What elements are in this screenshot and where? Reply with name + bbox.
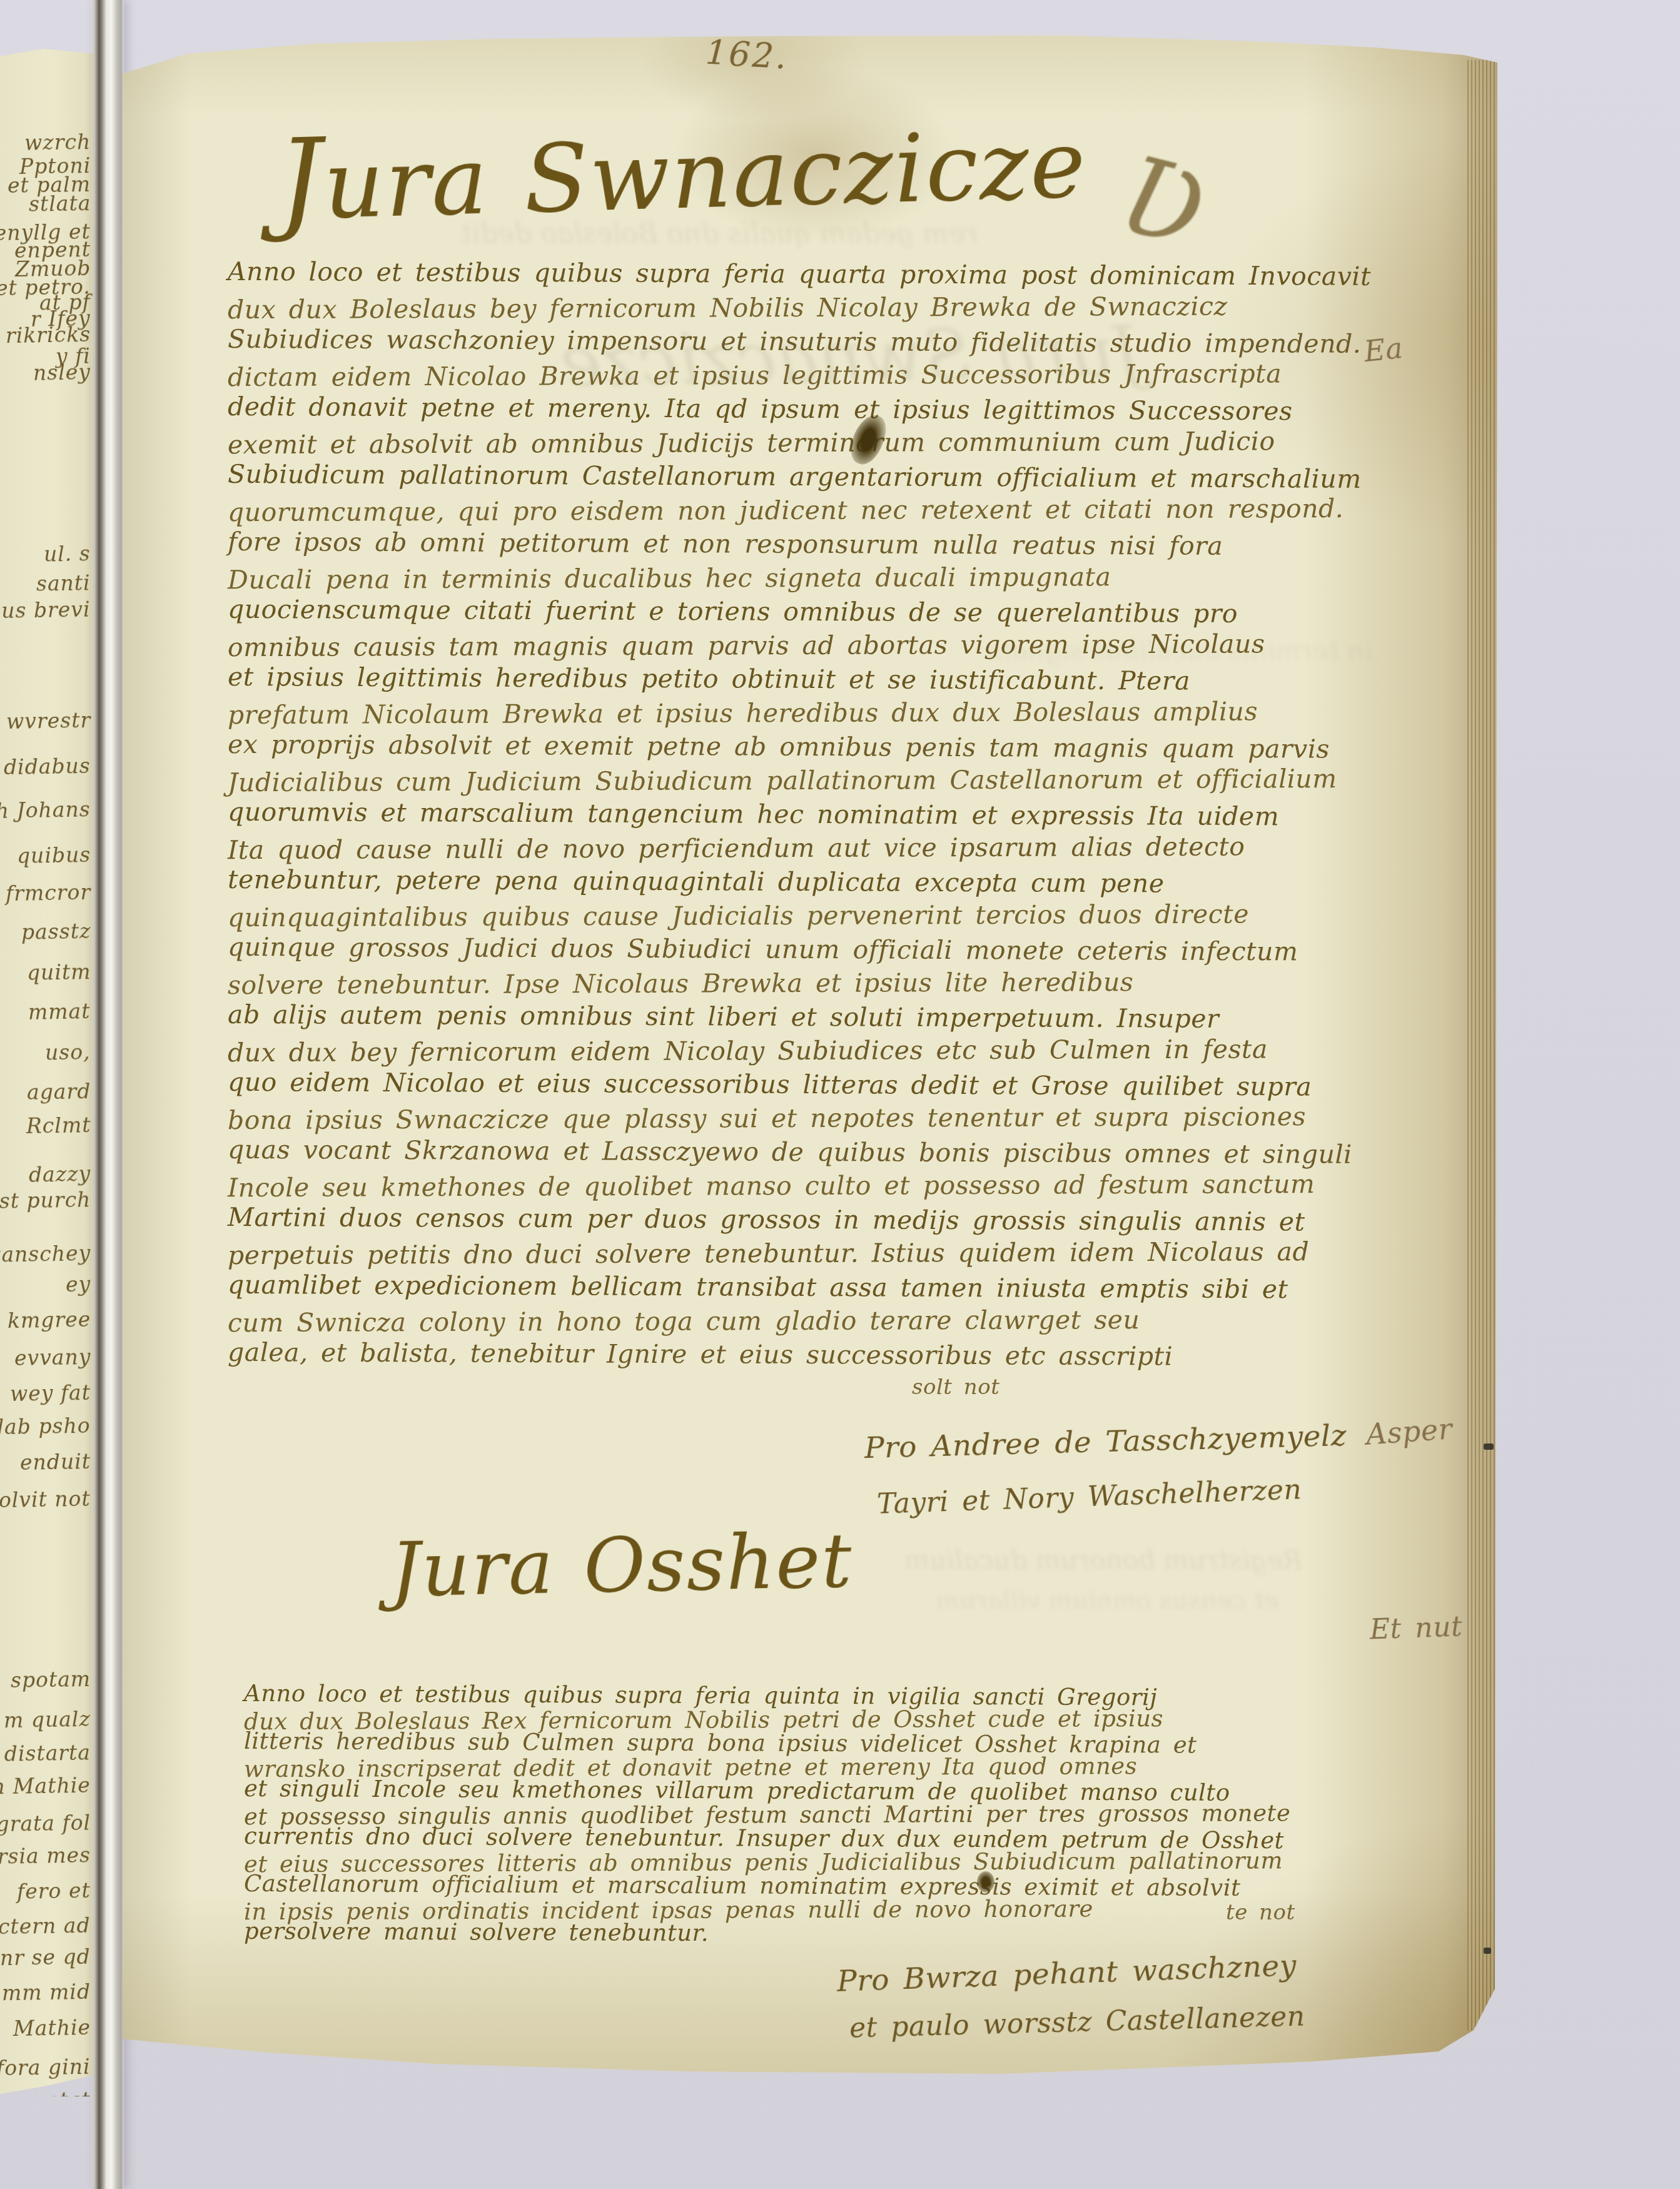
left-page-text-fragment: didabus xyxy=(4,754,91,779)
manuscript-line: Ita quod cause nulli de novo perficiendu… xyxy=(228,831,1379,869)
margin-note-top: Ea xyxy=(1362,331,1404,368)
manuscript-line: omnibus causis tam magnis quam parvis ad… xyxy=(228,629,1379,666)
manuscript-line: quamlibet expedicionem bellicam transiba… xyxy=(228,1270,1379,1308)
section1-body: Anno loco et testibus quibus supra feria… xyxy=(228,259,1379,1373)
manuscript-line: prefatum Nicolaum Brewka et ipsius hered… xyxy=(228,696,1379,734)
manuscript-line: et ipsius legittimis heredibus petito ob… xyxy=(228,662,1379,700)
manuscript-line: persolvere manui solvere tenebuntur. xyxy=(244,1918,1395,1946)
manuscript-line: tenebuntur, petere pena quinquagintali d… xyxy=(228,864,1379,903)
manuscript-line: fore ipsos ab omni petitorum et non resp… xyxy=(228,527,1379,565)
left-page-text-fragment: uch Johans xyxy=(0,797,91,823)
left-page-text-fragment: ul. s xyxy=(44,541,91,566)
fore-edge-mark xyxy=(1484,1443,1494,1450)
left-page-text-fragment: de wanschey xyxy=(0,1241,91,1268)
left-page-text-fragment: dazzy xyxy=(28,1161,91,1187)
left-page-text-fragment: quitm xyxy=(26,959,91,985)
folio-number: 162. xyxy=(704,33,789,77)
left-page-text-fragment: uersia mes xyxy=(0,1843,91,1869)
left-page-text-fragment: wey fat xyxy=(10,1380,91,1406)
left-page-text-fragment: uso, xyxy=(45,1039,91,1064)
glass-rod xyxy=(91,0,124,2189)
manuscript-line: Subiudicum pallatinorum Castellanorum ar… xyxy=(228,459,1379,498)
left-page-text-fragment: m distarta xyxy=(0,1740,91,1766)
left-page-text-fragment: nr se qd xyxy=(0,1944,91,1971)
manuscript-line: exemit et absolvit ab omnibus Judicijs t… xyxy=(228,426,1379,463)
manuscript-line: Incole seu kmethones de quolibet manso c… xyxy=(228,1169,1379,1206)
bleed-through-line: Registrum bonorum ducalium xyxy=(904,1545,1303,1575)
manuscript-line: solvere tenebuntur. Ipse Nicolaus Brewka… xyxy=(228,966,1379,1004)
left-page-text-column: wzrchPptoniet palmstlatarenyllg etenpent… xyxy=(0,49,94,2096)
left-page-text-fragment: Rclmt xyxy=(26,1113,91,1138)
manuscript-line: dux dux Boleslaus bey fernicorum Nobilis… xyxy=(228,291,1379,328)
manuscript-line: dux dux bey fernicorum eidem Nicolay Sub… xyxy=(228,1034,1379,1071)
left-page-text-fragment: fenedeo protat xyxy=(0,2088,91,2096)
manuscript-line: Subiudices waschzoniey impensoru et insu… xyxy=(228,324,1379,363)
section1-attestation-line1: Pro Andree de Tasschzyemyelz xyxy=(864,1418,1347,1465)
left-page-text-fragment: santi xyxy=(36,570,91,596)
section1-heading: Jura Swnaczicze xyxy=(276,94,1088,245)
section2-attestation-line2: et paulo worsstz Castellanezen xyxy=(849,2000,1305,2044)
left-page-text-fragment: agard xyxy=(26,1079,91,1105)
left-page-text-fragment: agst purch xyxy=(0,1187,91,1213)
left-page-text-fragment: hus brevi xyxy=(0,597,91,624)
manuscript-line: galea, et balista, tenebitur Ignire et e… xyxy=(228,1337,1379,1376)
left-page-text-fragment: wzrch xyxy=(24,129,91,155)
photo-backdrop: wzrchPptoniet palmstlatarenyllg etenpent… xyxy=(0,0,1680,2189)
side-note: te not xyxy=(1226,1900,1295,1925)
manuscript-line: ab alijs autem penis omnibus sint liberi… xyxy=(228,999,1379,1038)
manuscript-line: dedit donavit petne et mereny. Ita qd ip… xyxy=(228,392,1379,430)
manuscript-line: Anno loco et testibus quibus supra feria… xyxy=(228,256,1379,295)
left-page-text-fragment: mmat xyxy=(28,999,91,1024)
manuscript-line: quas vocant Skrzanowa et Lassczyewo de q… xyxy=(228,1135,1379,1173)
left-page-text-fragment: wvrestr xyxy=(6,708,91,734)
left-page-text-fragment: kmgree xyxy=(7,1307,91,1333)
section1-attestation-line2: Tayri et Nory Waschelherzen xyxy=(876,1474,1302,1520)
manuscript-line: perpetuis petitis dno duci solvere teneb… xyxy=(228,1236,1379,1274)
left-page-text-fragment: fero et xyxy=(17,1878,91,1904)
manuscript-line: quinque grossos Judici duos Subiudici un… xyxy=(228,932,1379,971)
manuscript-line: quinquagintalibus quibus cause Judiciali… xyxy=(228,899,1379,936)
manuscript-line: ex proprijs absolvit et exemit petne ab … xyxy=(228,729,1379,768)
left-page-text-fragment: spotam xyxy=(11,1667,91,1692)
manuscript-line: dictam eidem Nicolao Brewka et ipsius le… xyxy=(228,358,1379,396)
left-page-text-fragment: fora gini xyxy=(0,2055,91,2081)
left-page-text-fragment: stlata xyxy=(28,191,91,216)
left-page-text-fragment: evvany xyxy=(14,1345,91,1370)
margin-note-middle: Asper xyxy=(1365,1412,1453,1451)
left-page-text-fragment: passtz xyxy=(21,919,91,944)
manuscript-line: quorumvis et marscalium tangencium hec n… xyxy=(228,797,1379,836)
page-stack-fore-edge xyxy=(1467,60,1496,2030)
bleed-through-line: et census omnium villarum xyxy=(936,1586,1278,1615)
left-page-text-fragment: quibus xyxy=(16,842,91,868)
left-page-text-fragment: ctern ad xyxy=(0,1913,91,1939)
manuscript-line: quorumcumque, qui pro eisdem non judicen… xyxy=(228,493,1379,531)
left-page-text-fragment: m qualz xyxy=(4,1707,91,1732)
left-page-text-fragment: ey xyxy=(65,1272,91,1297)
margin-note-bottom: Et nut xyxy=(1369,1610,1463,1646)
manuscript-line: quocienscumque citati fuerint e toriens … xyxy=(228,594,1379,633)
manuscript-line: quo eidem Nicolao et eius successoribus … xyxy=(228,1067,1379,1106)
section2-heading: Jura Osshet xyxy=(390,1517,854,1614)
manuscript-line: Ducali pena in terminis ducalibus hec si… xyxy=(228,561,1379,599)
heading-flourish: Ʋ xyxy=(1110,133,1218,273)
manuscript-line: bona ipsius Swnaczicze que plassy sui et… xyxy=(228,1101,1379,1139)
left-page-text-fragment: dab psho xyxy=(0,1413,91,1440)
ink-blot xyxy=(977,1871,994,1893)
section2-attestation-line1: Pro Bwrza pehant waschzney xyxy=(836,1948,1297,1999)
interline-note: solt not xyxy=(912,1375,999,1400)
left-page-text-fragment: mm mid xyxy=(2,1979,91,2005)
left-page-text-fragment: nsley xyxy=(33,360,91,385)
manuscript-line: Martini duos censos cum per duos grossos… xyxy=(228,1202,1379,1241)
left-page-text-fragment: h Mathie xyxy=(0,1773,91,1799)
manuscript-line: Judicialibus cum Judicium Subiudicum pal… xyxy=(228,764,1379,801)
manuscript-page: Jura Swnaczicze rem gedam qualis dno Bol… xyxy=(123,35,1497,2076)
left-page-text-fragment: solvit not xyxy=(0,1487,91,1513)
manuscript-line: cum Swnicza colony in hono toga cum glad… xyxy=(228,1304,1379,1342)
left-page-text-fragment: Mathie xyxy=(13,2015,91,2041)
section2-body: Anno loco et testibus quibus supra feria… xyxy=(244,1682,1395,1944)
left-page-text-fragment: enduit xyxy=(20,1449,91,1475)
left-page-text-fragment: frmcror xyxy=(5,880,91,906)
fore-edge-mark xyxy=(1484,1948,1491,1954)
left-page-text-fragment: egrata fol xyxy=(0,1811,91,1837)
